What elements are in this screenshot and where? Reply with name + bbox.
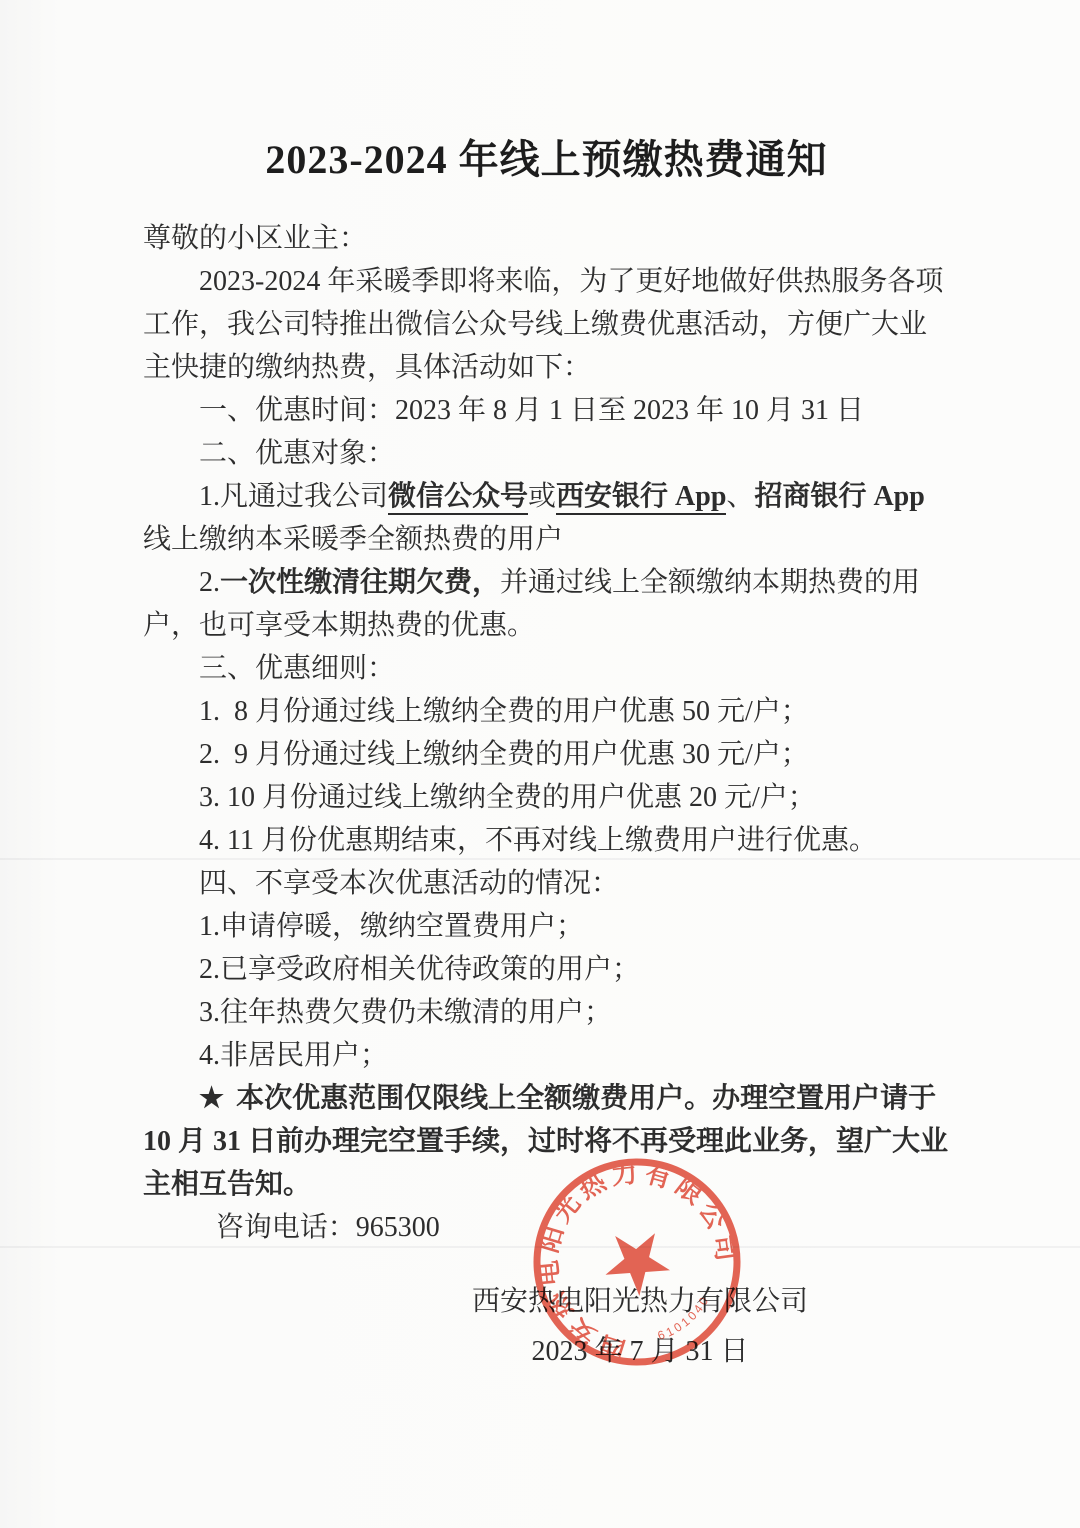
page-title: 2023-2024 年线上预缴热费通知 — [143, 128, 950, 185]
star-icon: ★ — [199, 1083, 224, 1114]
section-time-line: 一、优惠时间：2023 年 8 月 1 日至 2023 年 10 月 31 日 — [143, 389, 950, 432]
target-1-separator: 、 — [726, 481, 754, 512]
section-rules-heading: 三、优惠细则： — [143, 647, 950, 690]
section-exclusions-heading: 四、不享受本次优惠活动的情况： — [143, 862, 950, 905]
rule-item: 4. 11 月份优惠期结束，不再对线上缴费用户进行优惠。 — [143, 819, 950, 862]
cmb-bank-app-label: 招商银行 App — [754, 481, 924, 512]
scan-artifact-streak — [0, 1246, 1080, 1248]
xian-bank-app-label: 西安银行 App — [556, 481, 726, 515]
notice-paragraph: ★本次优惠范围仅限线上全额缴费用户。办理空置用户请于 10 月 31 日前办理完… — [143, 1077, 950, 1206]
document-body: 2023-2024 年线上预缴热费通知 尊敬的小区业主： 2023-2024 年… — [0, 0, 1080, 1377]
target-2-bold-clause: 一次性缴清往期欠费， — [220, 567, 500, 598]
salutation: 尊敬的小区业主： — [143, 217, 950, 260]
target-2-number: 2. — [199, 567, 220, 598]
notice-text: 本次优惠范围仅限线上全额缴费用户。办理空置用户请于 10 月 31 日前办理完空… — [143, 1083, 948, 1200]
exclusion-item: 1.申请停暖，缴纳空置费用户； — [143, 905, 950, 948]
rule-item: 2. 9 月份通过线上缴纳全费的用户优惠 30 元/户； — [143, 733, 950, 776]
rule-item: 1. 8 月份通过线上缴纳全费的用户优惠 50 元/户； — [143, 690, 950, 733]
exclusion-item: 4.非居民用户； — [143, 1034, 950, 1077]
hotline-line: 咨询电话：965300 — [143, 1206, 950, 1249]
exclusion-item: 3.往年热费欠费仍未缴清的用户； — [143, 991, 950, 1034]
target-1-pre: 1.凡通过我公司 — [199, 481, 388, 512]
target-item-1: 1.凡通过我公司微信公众号或西安银行 App、招商银行 App 线上缴纳本采暖季… — [143, 475, 950, 561]
target-item-2: 2.一次性缴清往期欠费，并通过线上全额缴纳本期热费的用户，也可享受本期热费的优惠… — [143, 561, 950, 647]
company-name: 西安热电阳光热力有限公司 — [390, 1277, 890, 1327]
intro-paragraph: 2023-2024 年采暖季即将来临，为了更好地做好供热服务各项工作，我公司特推… — [143, 260, 950, 389]
scanned-notice-page: 2023-2024 年线上预缴热费通知 尊敬的小区业主： 2023-2024 年… — [0, 0, 1080, 1528]
section-targets-heading: 二、优惠对象： — [143, 432, 950, 475]
target-1-or: 或 — [528, 481, 556, 512]
scan-artifact-streak — [0, 858, 1080, 860]
signature-date: 2023 年 7 月 31 日 — [390, 1327, 890, 1377]
exclusion-item: 2.已享受政府相关优待政策的用户； — [143, 948, 950, 991]
rule-item: 3. 10 月份通过线上缴纳全费的用户优惠 20 元/户； — [143, 776, 950, 819]
signature-block: 西安热电阳光热力有限公司 2023 年 7 月 31 日 — [390, 1277, 890, 1377]
wechat-official-account-label: 微信公众号 — [388, 481, 528, 515]
